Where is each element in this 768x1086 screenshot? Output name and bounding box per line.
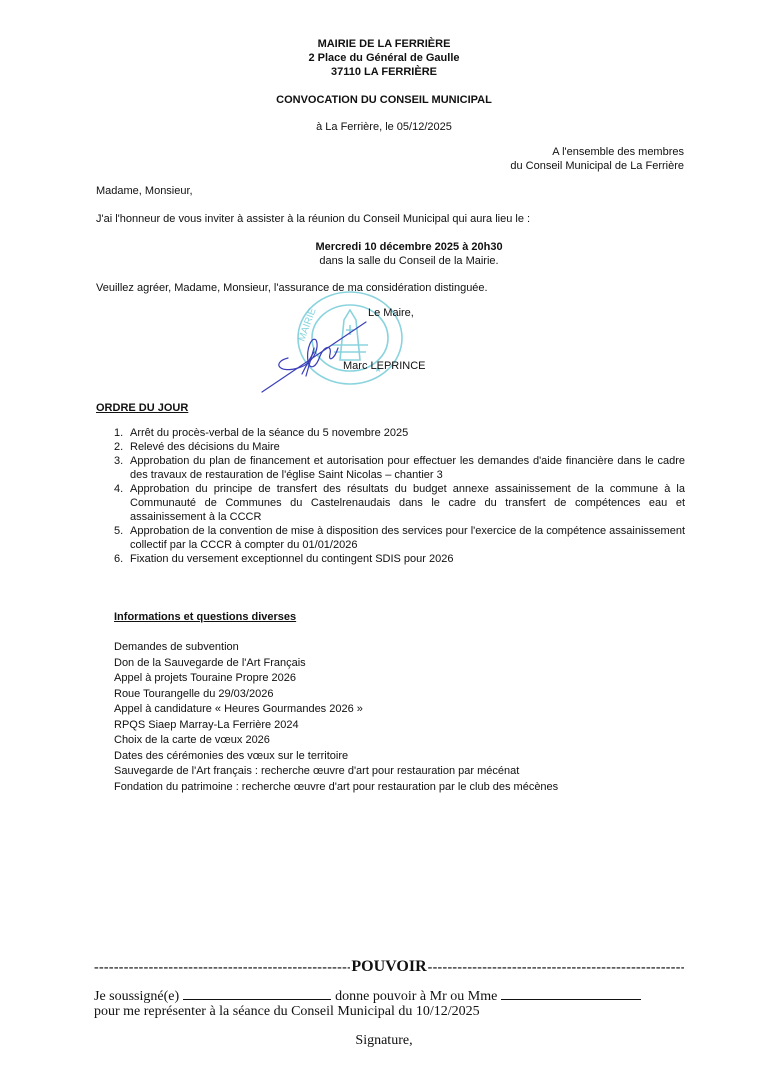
info-item: Don de la Sauvegarde de l'Art Français	[114, 656, 558, 672]
info-list: Demandes de subvention Don de la Sauvega…	[114, 640, 558, 795]
agenda-list: 1.Arrêt du procès-verbal de la séance du…	[114, 426, 685, 566]
mairie-name: MAIRIE DE LA FERRIÈRE	[0, 37, 768, 51]
mairie-address: 2 Place du Général de Gaulle	[0, 51, 768, 65]
dashed-rule-right: ----------------------------------------…	[428, 960, 684, 976]
greeting: Madame, Monsieur,	[96, 185, 193, 197]
invitation-text: J'ai l'honneur de vous inviter à assiste…	[96, 213, 530, 225]
info-title: Informations et questions diverses	[114, 611, 296, 623]
pouvoir-line-2: pour me représenter à la séance du Conse…	[94, 1004, 480, 1020]
recipient-line-2: du Conseil Municipal de La Ferrière	[510, 159, 684, 173]
agenda-item: 4.Approbation du principe de transfert d…	[114, 482, 685, 524]
agenda-item: 3.Approbation du plan de financement et …	[114, 454, 685, 482]
meeting-location: dans la salle du Conseil de la Mairie.	[50, 254, 768, 268]
dashed-rule-left: ----------------------------------------…	[94, 960, 350, 976]
agenda-item: 6.Fixation du versement exceptionnel du …	[114, 552, 685, 566]
info-item: Demandes de subvention	[114, 640, 558, 656]
info-item: Roue Tourangelle du 29/03/2026	[114, 687, 558, 703]
agenda-title: ORDRE DU JOUR	[96, 402, 188, 414]
info-item: Appel à projets Touraine Propre 2026	[114, 671, 558, 687]
recipient-block: A l'ensemble des membres du Conseil Muni…	[510, 145, 684, 173]
pouvoir-heading: ----------------------------------------…	[94, 958, 684, 976]
info-item: RPQS Siaep Marray-La Ferrière 2024	[114, 718, 558, 734]
pouvoir-line-1: Je soussigné(e)donne pouvoir à Mr ou Mme	[94, 987, 641, 1005]
document-title: CONVOCATION DU CONSEIL MUNICIPAL	[0, 94, 768, 106]
proxy-name-field[interactable]	[501, 987, 641, 1000]
convocation-page: MAIRIE DE LA FERRIÈRE 2 Place du Général…	[0, 0, 768, 1086]
signatory-name: Marc LEPRINCE	[343, 360, 426, 372]
place-date: à La Ferrière, le 05/12/2025	[0, 121, 768, 133]
info-item: Appel à candidature « Heures Gourmandes …	[114, 702, 558, 718]
agenda-item: 2.Relevé des décisions du Maire	[114, 440, 685, 454]
agenda-item: 5.Approbation de la convention de mise à…	[114, 524, 685, 552]
handwritten-signature-icon	[258, 318, 368, 396]
meeting-details: Mercredi 10 décembre 2025 à 20h30 dans l…	[0, 240, 768, 268]
pouvoir-title: POUVOIR	[350, 958, 427, 976]
mairie-postcode: 37110 LA FERRIÈRE	[0, 65, 768, 79]
info-item: Sauvegarde de l'Art français : recherche…	[114, 764, 558, 780]
info-item: Choix de la carte de vœux 2026	[114, 733, 558, 749]
info-item: Dates des cérémonies des vœux sur le ter…	[114, 749, 558, 765]
info-item: Fondation du patrimoine : recherche œuvr…	[114, 780, 558, 796]
agenda-item: 1.Arrêt du procès-verbal de la séance du…	[114, 426, 685, 440]
recipient-line-1: A l'ensemble des membres	[510, 145, 684, 159]
pouvoir-signature-label: Signature,	[0, 1033, 768, 1049]
mairie-header: MAIRIE DE LA FERRIÈRE 2 Place du Général…	[0, 37, 768, 79]
signatory-title: Le Maire,	[368, 307, 414, 319]
meeting-date: Mercredi 10 décembre 2025 à 20h30	[50, 240, 768, 254]
grantor-name-field[interactable]	[183, 987, 331, 1000]
